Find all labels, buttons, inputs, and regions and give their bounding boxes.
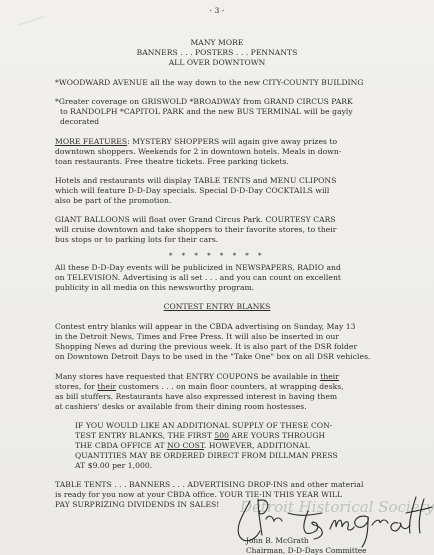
bullet-griswold-line-1: *Greater coverage on GRISWOLD *BROADWAY …	[55, 97, 353, 107]
paper-crease	[20, 16, 47, 31]
supply-line-4: QUANTITIES MAY BE ORDERED DIRECT FROM DI…	[75, 451, 338, 461]
page-number: - 3 -	[0, 6, 434, 16]
coupons-line-4: at cashiers' desks or available from the…	[55, 402, 307, 412]
closing-line-1: TABLE TENTS . . . BANNERS . . . ADVERTIS…	[55, 480, 363, 490]
heading-line-1: MANY MORE	[0, 38, 434, 48]
supply-line-1: IF YOU WOULD LIKE AN ADDITIONAL SUPPLY O…	[75, 421, 332, 431]
publicity-line-3: publicity in all media on this newsworth…	[55, 283, 254, 293]
document-page: - 3 - MANY MORE BANNERS . . . POSTERS . …	[0, 0, 434, 555]
signer-name: John B. McGrath	[246, 536, 309, 546]
coupons-line-1: Many stores have requested that ENTRY CO…	[55, 372, 339, 382]
contest-line-1: Contest entry blanks will appear in the …	[55, 322, 356, 332]
hotels-line-1: Hotels and restaurants will display TABL…	[55, 176, 336, 186]
contest-line-3: Shopping News ad during the previous wee…	[55, 342, 357, 352]
supply-line-3: THE CBDA OFFICE AT NO COST. HOWEVER, ADD…	[75, 441, 310, 451]
heading-line-2: BANNERS . . . POSTERS . . . PENNANTS	[0, 48, 434, 58]
contest-heading: CONTEST ENTRY BLANKS	[0, 302, 434, 312]
signer-title: Chairman, D-D-Days Committee	[246, 546, 367, 555]
contest-line-4: on Downtown Detroit Days to be used in t…	[55, 352, 370, 362]
more-features-label: MORE FEATURES	[55, 137, 127, 146]
bullet-griswold-line-3: decorated	[60, 117, 99, 127]
section-separator: * * * * * * * *	[0, 251, 434, 261]
supply-line-2: TEST ENTRY BLANKS, THE FIRST 500 ARE YOU…	[75, 431, 325, 441]
publicity-line-2: on TELEVISION. Advertising is all set . …	[55, 273, 341, 283]
hotels-line-2: which will feature D-D-Day specials. Spe…	[55, 186, 329, 196]
publicity-line-1: All these D-D-Day events will be publici…	[55, 263, 341, 273]
coupons-line-2: stores, for their customers . . . on mai…	[55, 382, 344, 392]
hotels-line-3: also be part of the promotion.	[55, 196, 171, 206]
closing-line-3: PAY SURPRIZING DIVIDENDS IN SALES!	[55, 500, 219, 510]
balloons-line-2: will cruise downtown and take shoppers t…	[55, 225, 336, 235]
coupons-line-3: as bill stuffers. Restaurants have also …	[55, 392, 337, 402]
balloons-line-3: bus stops or to parking lots for their c…	[55, 235, 218, 245]
heading-line-3: ALL OVER DOWNTOWN	[0, 58, 434, 68]
more-features-line-2: downtown shoppers. Weekends for 2 in dow…	[55, 147, 341, 157]
more-features-line-1: MORE FEATURES: MYSTERY SHOPPERS will aga…	[55, 137, 337, 147]
contest-line-2: in the Detroit News, Times and Free Pres…	[55, 332, 339, 342]
balloons-line-1: GIANT BALLOONS will float over Grand Cir…	[55, 215, 336, 225]
more-features-line-3: toan restaurants. Free theatre tickets. …	[55, 157, 289, 167]
supply-line-5: AT $9.00 per 1,000.	[75, 461, 152, 471]
bullet-woodward: *WOODWARD AVENUE all the way down to the…	[55, 78, 363, 88]
bullet-griswold-line-2: to RANDOLPH *CAPITOL PARK and the new BU…	[60, 107, 353, 117]
